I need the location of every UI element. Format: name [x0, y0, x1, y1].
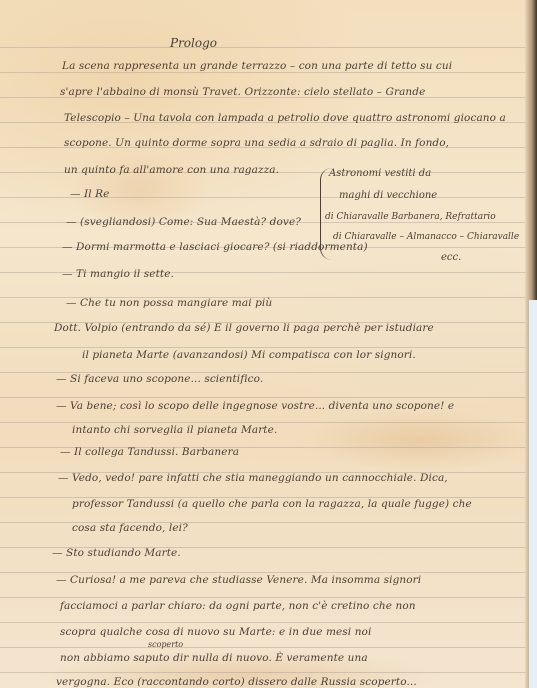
margin-note-bracket: Astronomi vestiti da maghi di vecchione … [320, 168, 506, 260]
text-line: — Ti mangio il sette. [62, 268, 507, 280]
text-line: — Va bene; così lo scopo delle ingegnose… [56, 400, 507, 412]
text-line: — Curiosa! a me pareva che studiasse Ven… [56, 574, 507, 586]
ruled-line [0, 397, 525, 398]
interlinear-insertion: scoperto [148, 640, 183, 649]
ruled-line [0, 572, 525, 573]
margin-note-line: di Chiaravalle Barbanera, Refrattario [325, 212, 496, 222]
margin-note-line: ecc. [441, 252, 461, 263]
text-line: non abbiamo saputo dir nulla di nuovo. È… [60, 652, 507, 664]
text-line: — Vedo, vedo! pare infatti che stia mane… [58, 472, 507, 484]
text-line: La scena rappresenta un grande terrazzo … [62, 60, 507, 72]
margin-note-line: Astronomi vestiti da [329, 168, 431, 179]
text-line: — Sto studiando Marte. [52, 547, 507, 559]
ruled-line [0, 672, 525, 673]
text-line: Dott. Volpio (entrando da sé) E il gover… [54, 322, 507, 334]
text-line: intanto chi sorveglia il pianeta Marte. [72, 424, 507, 436]
page-title: Prologo [170, 36, 217, 50]
ruled-line [0, 597, 525, 598]
text-line: — Il collega Tandussi. Barbanera [60, 446, 507, 458]
ruled-line [0, 422, 525, 423]
text-line: Telescopio – Una tavola con lampada a pe… [64, 112, 507, 124]
text-line: — Che tu non possa mangiare mai più [66, 297, 507, 309]
text-line: scopra qualche cosa di nuovo su Marte: e… [60, 626, 507, 638]
text-line: — Si faceva uno scopone... scientifico. [56, 373, 507, 385]
text-line: il pianeta Marte (avanzandosi) Mi compat… [82, 349, 507, 361]
margin-note-line: di Chiaravalle – Almanacco – Chiaravalle [333, 232, 519, 242]
text-line: scopone. Un quinto dorme sopra una sedia… [64, 137, 507, 149]
text-line: s'apre l'abbaino di monsù Travet. Orizzo… [60, 86, 507, 98]
manuscript-page: Prologo La scena rappresenta un grande t… [0, 0, 537, 688]
text-line: vergogna. Eco (raccontando corto) disser… [56, 676, 507, 688]
text-line: professor Tandussi (a quello che parla c… [72, 498, 507, 510]
ruled-line [0, 647, 525, 648]
text-line: cosa sta facendo, lei? [72, 522, 507, 534]
text-line: facciamoci a parlar chiaro: da ogni part… [60, 600, 507, 612]
background-strip [529, 300, 537, 688]
ruled-line [0, 72, 525, 73]
margin-note-line: maghi di vecchione [339, 190, 437, 201]
ruled-line [0, 347, 525, 348]
ruled-line [0, 47, 525, 48]
ruled-line [0, 622, 525, 623]
